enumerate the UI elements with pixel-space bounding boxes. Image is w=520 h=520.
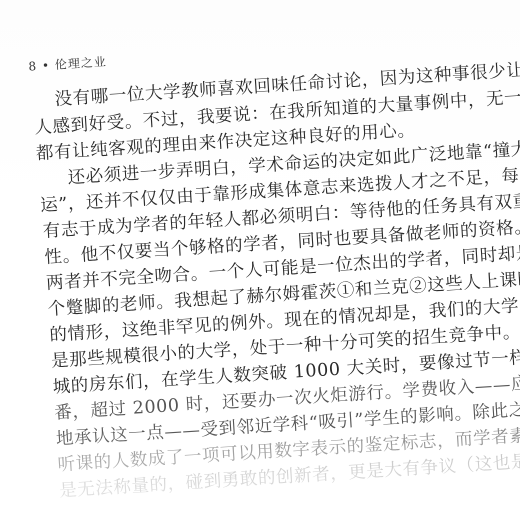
running-header: 8 • 伦理之业 (28, 53, 107, 75)
page-content: 8 • 伦理之业 没有哪一位大学教师喜欢回味任命讨论，因为这种事很少让 人感到好… (22, 28, 491, 58)
book-page: 8 • 伦理之业 没有哪一位大学教师喜欢回味任命讨论，因为这种事很少让 人感到好… (0, 0, 520, 520)
